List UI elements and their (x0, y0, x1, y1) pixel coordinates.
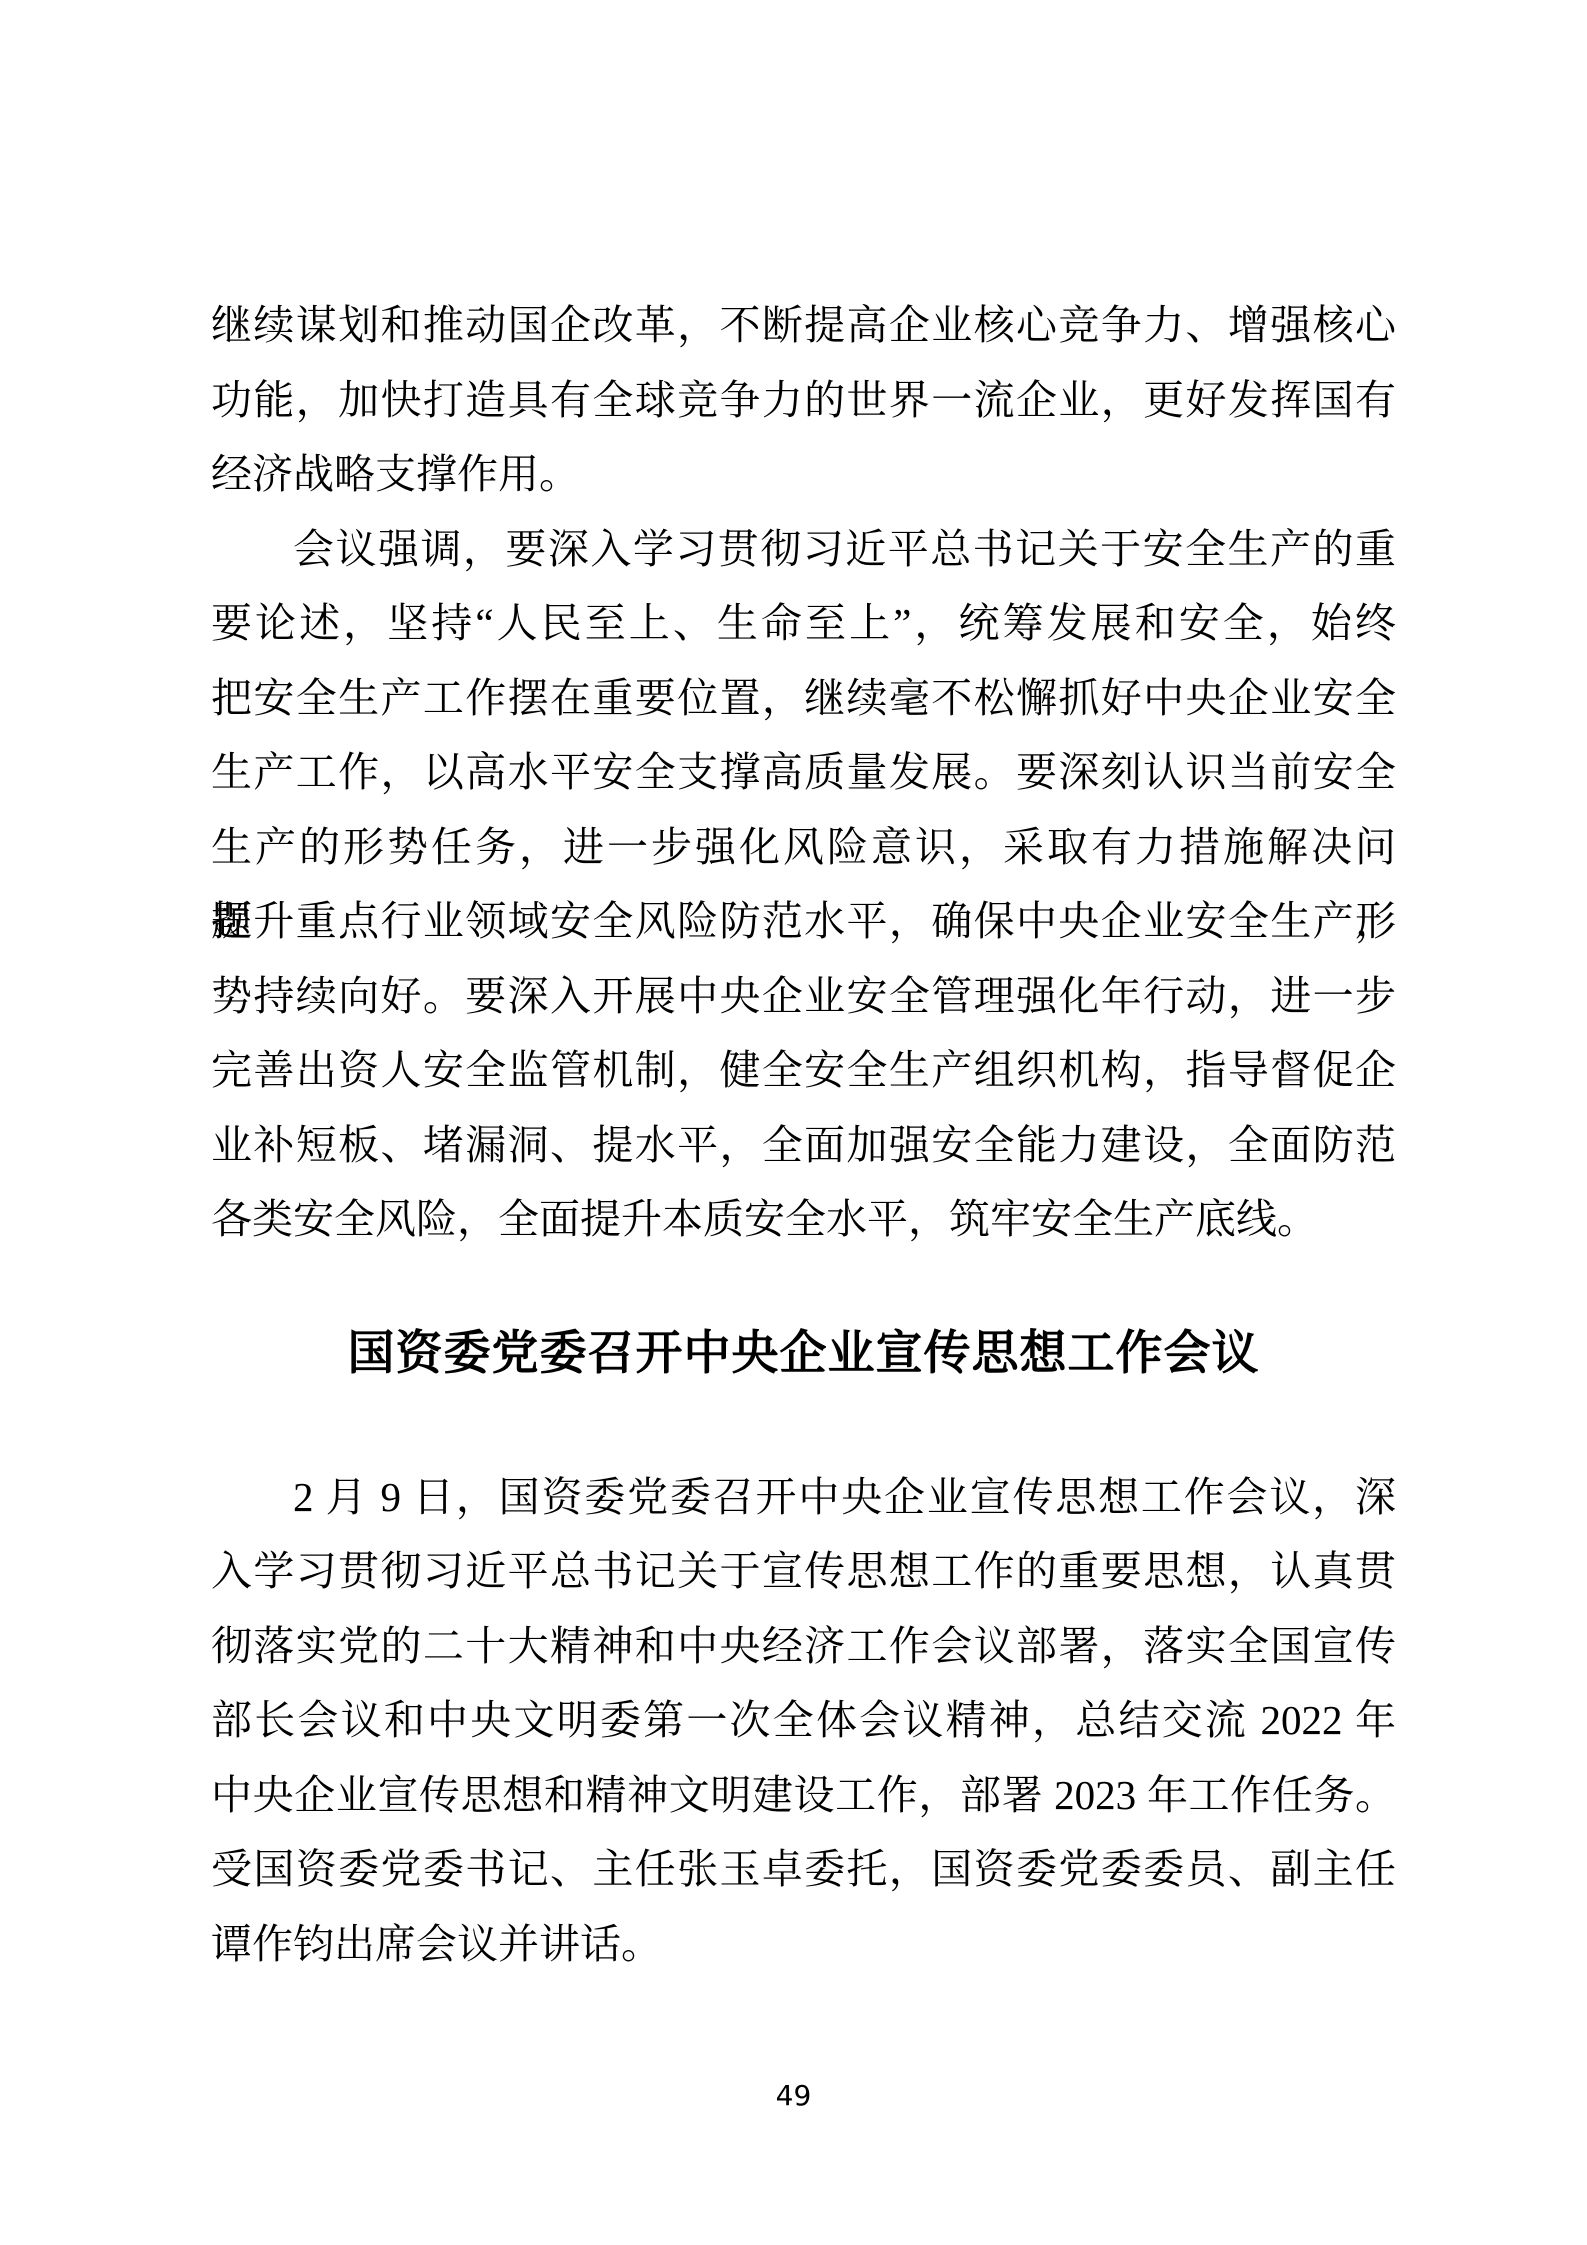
page-body: 继续谋划和推动国企改革，不断提高企业核心竞争力、增强核心 功能，加快打造具有全球… (211, 288, 1396, 1981)
text-line: 彻落实党的二十大精神和中央经济工作会议部署，落实全国宣传 (211, 1609, 1396, 1684)
paragraph: 会议强调，要深入学习贯彻习近平总书记关于安全生产的重 要论述，坚持“人民至上、生… (211, 512, 1396, 1257)
text-line: 各类安全风险，全面提升本质安全水平，筑牢安全生产底线。 (211, 1182, 1396, 1257)
text-line: 完善出资人安全监管机制，健全安全生产组织机构，指导督促企 (211, 1033, 1396, 1108)
text-line: 生产工作，以高水平安全支撑高质量发展。要深刻认识当前安全 (211, 735, 1396, 810)
text-line: 要论述，坚持“人民至上、生命至上”，统筹发展和安全，始终 (211, 586, 1396, 661)
text-line: 继续谋划和推动国企改革，不断提高企业核心竞争力、增强核心 (211, 288, 1396, 363)
text-line: 生产的形势任务，进一步强化风险意识，采取有力措施解决问题， (211, 810, 1396, 885)
text-line: 中央企业宣传思想和精神文明建设工作，部署 2023 年工作任务。 (211, 1758, 1396, 1833)
document-page: 继续谋划和推动国企改革，不断提高企业核心竞争力、增强核心 功能，加快打造具有全球… (0, 0, 1587, 2245)
text-line: 势持续向好。要深入开展中央企业安全管理强化年行动，进一步 (211, 959, 1396, 1034)
paragraph: 继续谋划和推动国企改革，不断提高企业核心竞争力、增强核心 功能，加快打造具有全球… (211, 288, 1396, 512)
text-line: 受国资委党委书记、主任张玉卓委托，国资委党委委员、副主任 (211, 1832, 1396, 1907)
text-line: 经济战略支撑作用。 (211, 437, 1396, 512)
text-line: 提升重点行业领域安全风险防范水平，确保中央企业安全生产形 (211, 884, 1396, 959)
text-line: 2 月 9 日，国资委党委召开中央企业宣传思想工作会议，深 (211, 1460, 1396, 1535)
text-line: 入学习贯彻习近平总书记关于宣传思想工作的重要思想，认真贯 (211, 1534, 1396, 1609)
text-line: 会议强调，要深入学习贯彻习近平总书记关于安全生产的重 (211, 512, 1396, 587)
section-title: 国资委党委召开中央企业宣传思想工作会议 (211, 1317, 1396, 1392)
paragraph: 2 月 9 日，国资委党委召开中央企业宣传思想工作会议，深 入学习贯彻习近平总书… (211, 1460, 1396, 1982)
text-line: 把安全生产工作摆在重要位置，继续毫不松懈抓好中央企业安全 (211, 661, 1396, 736)
page-number: 49 (0, 2082, 1587, 2110)
text-line: 部长会议和中央文明委第一次全体会议精神，总结交流 2022 年 (211, 1683, 1396, 1758)
text-line: 谭作钧出席会议并讲话。 (211, 1907, 1396, 1982)
text-line: 功能，加快打造具有全球竞争力的世界一流企业，更好发挥国有 (211, 363, 1396, 438)
text-line: 业补短板、堵漏洞、提水平，全面加强安全能力建设，全面防范 (211, 1108, 1396, 1183)
